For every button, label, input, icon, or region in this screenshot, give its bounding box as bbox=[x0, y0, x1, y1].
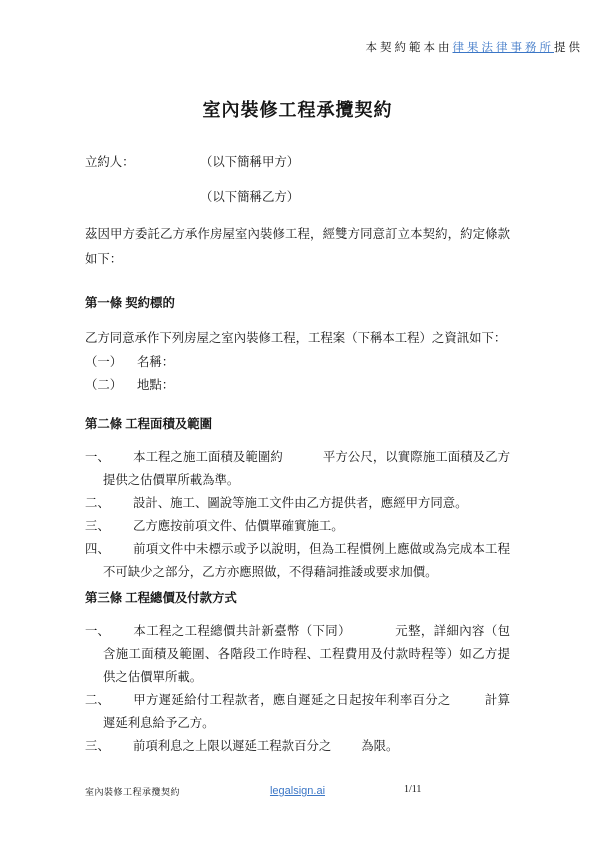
header-note-suffix: 提供 bbox=[554, 42, 583, 54]
parties-block: 立約人：（以下簡稱甲方） （以下簡稱乙方） bbox=[85, 150, 510, 210]
article-1: 第一條 契約標的 乙方同意承作下列房屋之室內裝修工程，工程案（下稱本工程）之資訊… bbox=[85, 294, 510, 397]
clause-item: 一、本工程之施工面積及範圍約平方公尺，以實際施工面積及乙方提供之估價單所載為準。 bbox=[85, 446, 510, 492]
article-2: 第二條 工程面積及範圍 一、本工程之施工面積及範圍約平方公尺，以實際施工面積及乙… bbox=[85, 415, 510, 584]
item-marker: （一） bbox=[85, 351, 137, 374]
party-a-row: 立約人：（以下簡稱甲方） bbox=[85, 150, 510, 175]
header-note-prefix: 本契約範本由 bbox=[366, 42, 453, 54]
page-footer: 室內裝修工程承攬契約 legalsign.ai 1/11 bbox=[0, 783, 595, 803]
footer-center: legalsign.ai bbox=[0, 783, 595, 798]
item-marker: 一、 bbox=[85, 620, 133, 643]
party-b-row: （以下簡稱乙方） bbox=[85, 185, 510, 210]
article-3-heading: 第三條 工程總價及付款方式 bbox=[85, 589, 510, 607]
item-text: 乙方應按前項文件、估價單確實施工。 bbox=[133, 519, 344, 533]
article-2-heading: 第二條 工程面積及範圍 bbox=[85, 415, 510, 433]
clause-item: 一、本工程之工程總價共計新臺幣（下同）元整，詳細內容（包含施工面積及範圍、各階段… bbox=[85, 620, 510, 689]
item-text: 名稱： bbox=[137, 355, 174, 369]
item-marker: 三、 bbox=[85, 735, 133, 758]
item-marker: 三、 bbox=[85, 515, 133, 538]
article-2-items: 一、本工程之施工面積及範圍約平方公尺，以實際施工面積及乙方提供之估價單所載為準。… bbox=[85, 446, 510, 584]
fill-in-blank bbox=[351, 634, 395, 635]
item-marker: （二） bbox=[85, 374, 137, 397]
article-3: 第三條 工程總價及付款方式 一、本工程之工程總價共計新臺幣（下同）元整，詳細內容… bbox=[85, 589, 510, 758]
intro-paragraph: 茲因甲方委託乙方承作房屋室內裝修工程，經雙方同意訂立本契約，約定條款如下： bbox=[85, 222, 510, 272]
item-text: 設計、施工、圖說等施工文件由乙方提供者，應經甲方同意。 bbox=[133, 496, 468, 510]
fill-in-blank bbox=[331, 749, 361, 750]
item-text: 前項文件中未標示或予以說明，但為工程慣例上應做或為完成本工程不可缺少之部分，乙方… bbox=[103, 542, 510, 579]
fill-in-blank bbox=[283, 460, 323, 461]
footer-page-number: 1/11 bbox=[404, 784, 421, 795]
footer-site-link[interactable]: legalsign.ai bbox=[270, 785, 325, 797]
article-1-items: （一）名稱： （二）地點： bbox=[85, 351, 510, 397]
clause-item: 三、乙方應按前項文件、估價單確實施工。 bbox=[85, 515, 510, 538]
fill-in-blank bbox=[451, 703, 485, 704]
clause-item: 二、甲方遲延給付工程款者，應自遲延之日起按年利率百分之計算遲延利息給予乙方。 bbox=[85, 689, 510, 735]
item-marker: 一、 bbox=[85, 446, 133, 469]
item-text: 前項利息之上限以遲延工程款百分之 bbox=[133, 739, 331, 753]
article-1-heading: 第一條 契約標的 bbox=[85, 294, 510, 312]
party-a-alias: （以下簡稱甲方） bbox=[200, 155, 299, 169]
item-text: 甲方遲延給付工程款者，應自遲延之日起按年利率百分之 bbox=[133, 693, 451, 707]
item-text: 地點： bbox=[137, 378, 174, 392]
party-b-alias: （以下簡稱乙方） bbox=[200, 190, 299, 204]
clause-item-location: （二）地點： bbox=[85, 374, 510, 397]
clause-item: 二、設計、施工、圖說等施工文件由乙方提供者，應經甲方同意。 bbox=[85, 492, 510, 515]
contract-document-page: 本契約範本由律果法律事務所提供 室內裝修工程承攬契約 立約人：（以下簡稱甲方） … bbox=[0, 0, 595, 842]
law-firm-link[interactable]: 律果法律事務所 bbox=[453, 42, 555, 54]
item-text: 本工程之施工面積及範圍約 bbox=[133, 450, 283, 464]
clause-item: 四、前項文件中未標示或予以說明，但為工程慣例上應做或為完成本工程不可缺少之部分，… bbox=[85, 538, 510, 584]
item-marker: 二、 bbox=[85, 689, 133, 712]
header-provider-note: 本契約範本由律果法律事務所提供 bbox=[366, 40, 584, 56]
article-1-lead: 乙方同意承作下列房屋之室內裝修工程，工程案（下稱本工程）之資訊如下： bbox=[85, 326, 510, 351]
clause-item-name: （一）名稱： bbox=[85, 351, 510, 374]
item-text: 為限。 bbox=[361, 739, 398, 753]
item-marker: 四、 bbox=[85, 538, 133, 561]
clause-item: 三、前項利息之上限以遲延工程款百分之為限。 bbox=[85, 735, 510, 758]
parties-label: 立約人： bbox=[85, 150, 200, 175]
document-title: 室內裝修工程承攬契約 bbox=[85, 98, 510, 122]
item-marker: 二、 bbox=[85, 492, 133, 515]
item-text: 本工程之工程總價共計新臺幣（下同） bbox=[133, 624, 351, 638]
article-3-items: 一、本工程之工程總價共計新臺幣（下同）元整，詳細內容（包含施工面積及範圍、各階段… bbox=[85, 620, 510, 758]
